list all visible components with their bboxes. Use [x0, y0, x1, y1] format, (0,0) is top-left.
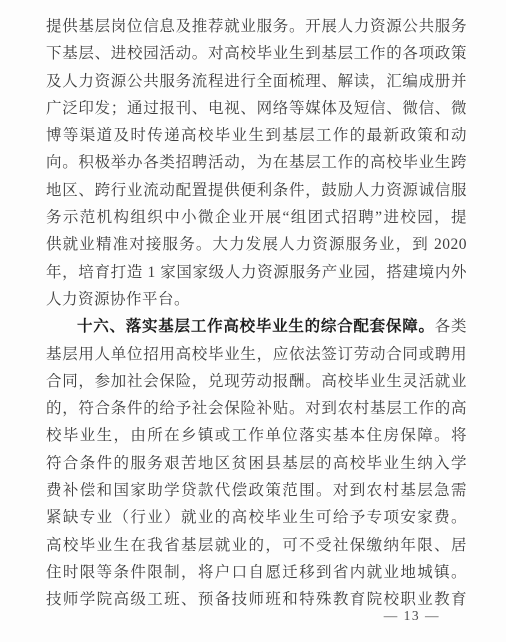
text-line: 人力资源协作平台。: [46, 286, 467, 313]
text-line: 务示范机构组织中小微企业开展“组团式招聘”进校园，提: [46, 204, 467, 231]
text-line: 年，培育打造 1 家国家级人力资源服务产业园，搭建境内外: [46, 259, 467, 286]
text-line: 博等渠道及时传递高校毕业生到基层工作的最新政策和动: [46, 122, 467, 149]
paragraph-section-16: 十六、落实基层工作高校毕业生的综合配套保障。各类 基层用人单位招用高校毕业生，应…: [46, 313, 467, 613]
text-line: 基层用人单位招用高校毕业生，应依法签订劳动合同或聘用: [46, 341, 467, 368]
text-line: 及人力资源公共服务流程进行全面梳理、解读，汇编成册并: [46, 68, 467, 95]
text-line: 广泛印发；通过报刊、电视、网络等媒体及短信、微信、微: [46, 95, 467, 122]
text-line: 住时限等条件限制，将户口自愿迁移到省内就业地城镇。: [46, 559, 467, 586]
section-heading-line: 十六、落实基层工作高校毕业生的综合配套保障。各类: [46, 313, 467, 340]
text-line: 高校毕业生在我省基层就业的，可不受社保缴纳年限、居: [46, 532, 467, 559]
text-line: 紧缺专业（行业）就业的高校毕业生可给予专项安家费。: [46, 504, 467, 531]
text-line: 向。积极举办各类招聘活动，为在基层工作的高校毕业生跨: [46, 149, 467, 176]
paragraph-employment-services: 提供基层岗位信息及推荐就业服务。开展人力资源公共服务 下基层、进校园活动。对高校…: [46, 13, 467, 313]
text-line: 提供基层岗位信息及推荐就业服务。开展人力资源公共服务: [46, 13, 467, 40]
text-line: 地区、跨行业流动配置提供便利条件，鼓励人力资源诚信服: [46, 177, 467, 204]
document-body: 提供基层岗位信息及推荐就业服务。开展人力资源公共服务 下基层、进校园活动。对高校…: [46, 13, 467, 614]
text-line: 合同，参加社会保险，兑现劳动报酬。高校毕业生灵活就业: [46, 368, 467, 395]
document-page: 提供基层岗位信息及推荐就业服务。开展人力资源公共服务 下基层、进校园活动。对高校…: [0, 0, 506, 642]
section-heading: 十六、落实基层工作高校毕业生的综合配套保障。: [77, 318, 435, 335]
section-heading-tail: 各类: [435, 318, 467, 335]
text-line: 供就业精准对接服务。大力发展人力资源服务业，到 2020: [46, 231, 467, 258]
text-line: 校毕业生，由所在乡镇或工作单位落实基本住房保障。将: [46, 422, 467, 449]
text-line: 费补偿和国家助学贷款代偿政策范围。对到农村基层急需: [46, 477, 467, 504]
text-line: 的，符合条件的给予社会保险补贴。对到农村基层工作的高: [46, 395, 467, 422]
text-line: 下基层、进校园活动。对高校毕业生到基层工作的各项政策: [46, 40, 467, 67]
text-line: 符合条件的服务艰苦地区贫困县基层的高校毕业生纳入学: [46, 450, 467, 477]
page-number: — 13 —: [384, 608, 440, 624]
